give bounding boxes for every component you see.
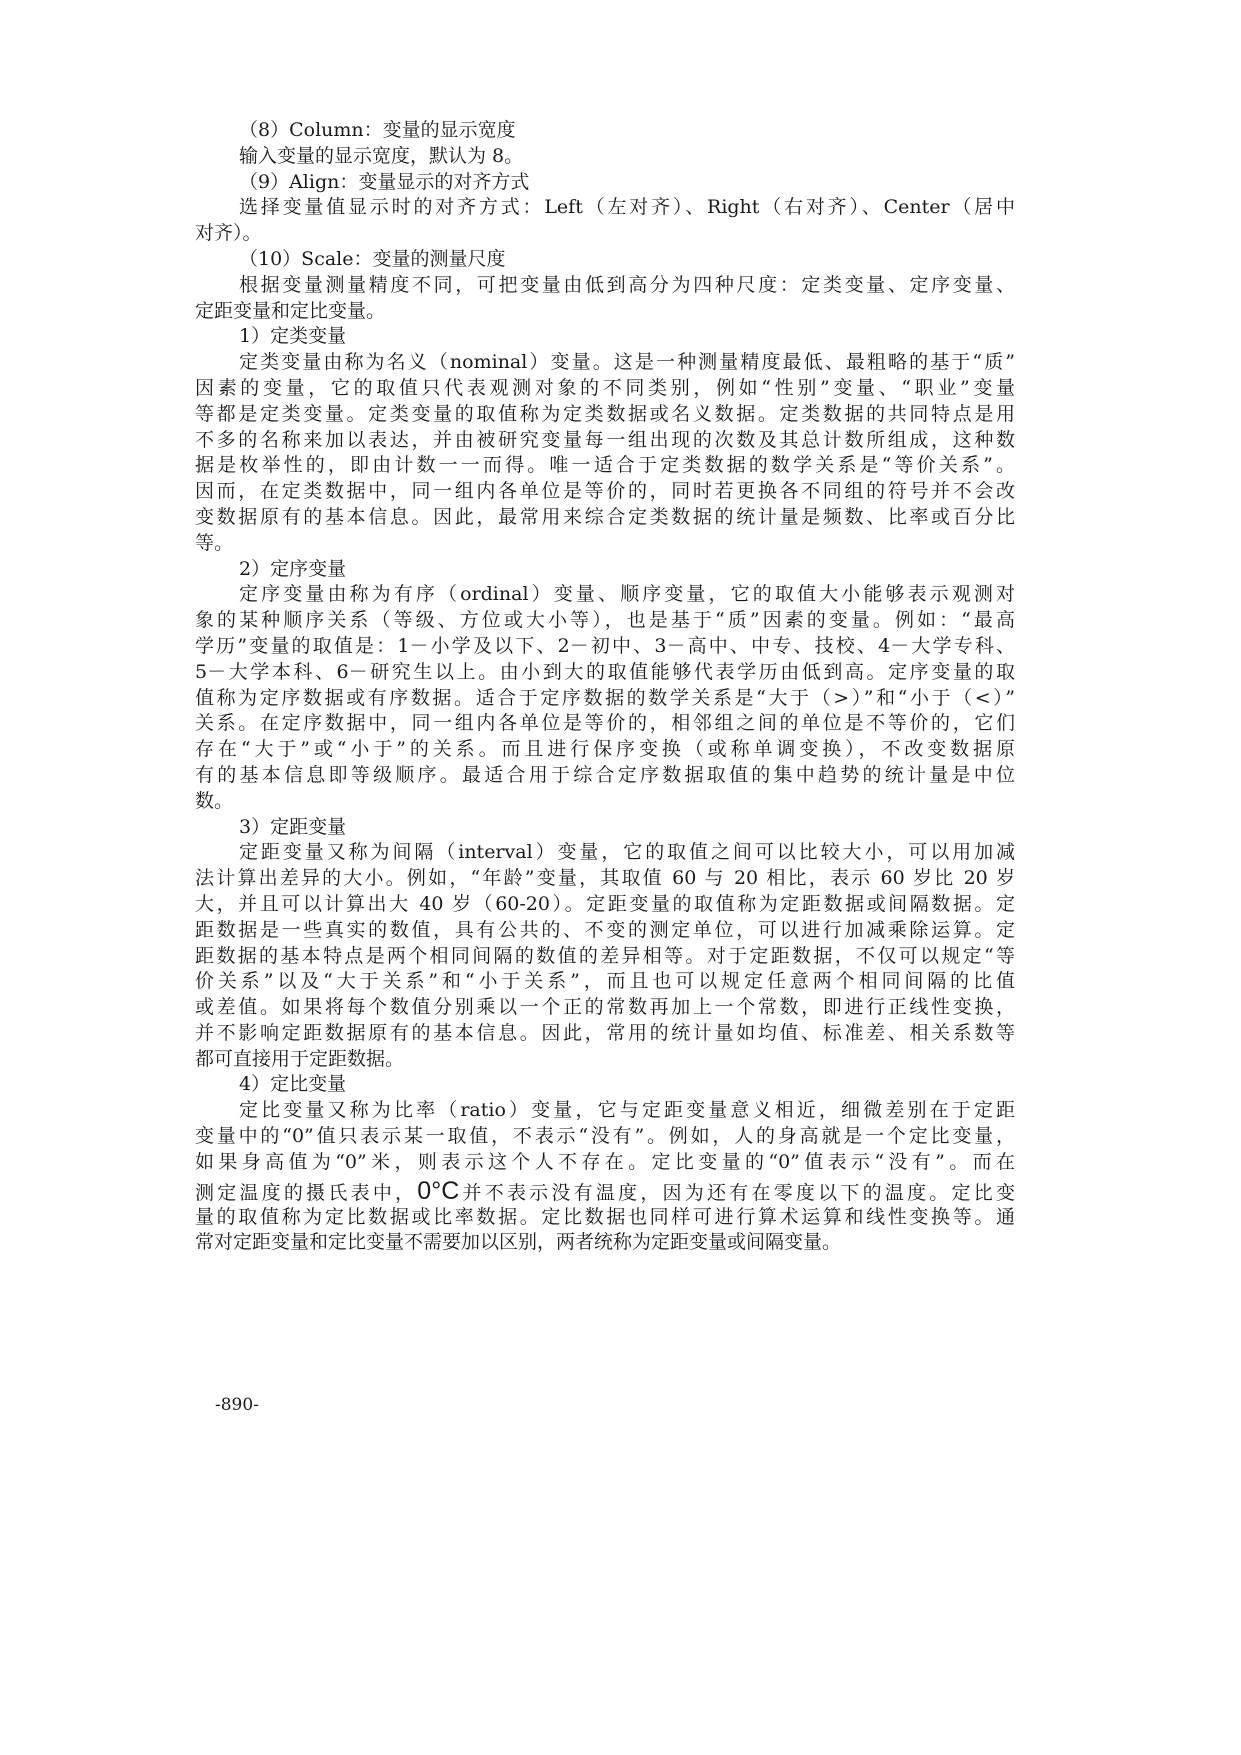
- paragraph-line: 定距变量又称为间隔（interval）变量，它的取值之间可以比较大小，可以用加减: [195, 840, 1015, 866]
- paragraph-line: 存在“大于”或“小于”的关系。而且进行保序变换（或称单调变换），不改变数据原: [195, 737, 1015, 763]
- paragraph-line: 变量中的“0”值只表示某一取值，不表示“没有”。例如，人的身高就是一个定比变量，: [195, 1124, 1015, 1150]
- paragraph-line: 输入变量的显示宽度，默认为 8。: [195, 144, 1015, 170]
- section-heading-align: （9）Align：变量显示的对齐方式: [195, 170, 1015, 196]
- paragraph-line: 不多的名称来加以表达，并由被研究变量每一组出现的次数及其总计数所组成，这种数: [195, 428, 1015, 454]
- document-body: （8）Column：变量的显示宽度 输入变量的显示宽度，默认为 8。 （9）Al…: [195, 118, 1015, 1256]
- section-heading-scale: （10）Scale：变量的测量尺度: [195, 247, 1015, 273]
- celsius-line-before: 测定温度的摄氏表中，: [195, 1182, 417, 1204]
- paragraph-line: 根据变量测量精度不同，可把变量由低到高分为四种尺度：定类变量、定序变量、: [195, 273, 1015, 299]
- section-heading-column: （8）Column：变量的显示宽度: [195, 118, 1015, 144]
- paragraph-line: 因素的变量，它的取值只代表观测对象的不同类别，例如“性别”变量、“职业”变量: [195, 376, 1015, 402]
- paragraph-line: 如果身高值为“0”米，则表示这个人不存在。定比变量的“0”值表示“没有”。而在: [195, 1150, 1015, 1176]
- celsius-line-after: 并不表示没有温度，因为还有在零度以下的温度。定比变: [459, 1182, 1015, 1204]
- paragraph-line: 常对定距变量和定比变量不需要加以区别，两者统称为定距变量或间隔变量。: [195, 1230, 1015, 1256]
- paragraph-line: 价关系”以及“大于关系”和“小于关系”，而且也可以规定任意两个相同间隔的比值: [195, 969, 1015, 995]
- paragraph-line: 变数据原有的基本信息。因此，最常用来综合定类数据的统计量是频数、比率或百分比: [195, 505, 1015, 531]
- paragraph-line: 定比变量又称为比率（ratio）变量，它与定距变量意义相近，细微差别在于定距: [195, 1098, 1015, 1124]
- paragraph-line: 选择变量值显示时的对齐方式：Left（左对齐）、Right（右对齐）、Cente…: [195, 195, 1015, 221]
- subsection-heading-nominal: 1）定类变量: [195, 324, 1015, 350]
- paragraph-line: 大，并且可以计算出大 40 岁（60-20）。定距变量的取值称为定距数据或间隔数…: [195, 892, 1015, 918]
- subsection-heading-ordinal: 2）定序变量: [195, 557, 1015, 583]
- paragraph-line: 距数据是一些真实的数值，具有公共的、不变的测定单位，可以进行加减乘除运算。定: [195, 918, 1015, 944]
- paragraph-line: 等都是定类变量。定类变量的取值称为定类数据或名义数据。定类数据的共同特点是用: [195, 402, 1015, 428]
- paragraph-line: 距数据的基本特点是两个相同间隔的数值的差异相等。对于定距数据，不仅可以规定“等: [195, 944, 1015, 970]
- subsection-heading-interval: 3）定距变量: [195, 815, 1015, 841]
- paragraph-line: 关系。在定序数据中，同一组内各单位是等价的，相邻组之间的单位是不等价的，它们: [195, 711, 1015, 737]
- paragraph-line: 数。: [195, 789, 1015, 815]
- paragraph-line: 量的取值称为定比数据或比率数据。定比数据也同样可进行算术运算和线性变换等。通: [195, 1205, 1015, 1231]
- paragraph-line: 对齐）。: [195, 221, 1015, 247]
- paragraph-line: 法计算出差异的大小。例如，“年龄”变量，其取值 60 与 20 相比，表示 60…: [195, 866, 1015, 892]
- paragraph-line-celsius: 测定温度的摄氏表中，0°C并不表示没有温度，因为还有在零度以下的温度。定比变: [195, 1176, 1015, 1205]
- paragraph-line: 定序变量由称为有序（ordinal）变量、顺序变量，它的取值大小能够表示观测对: [195, 582, 1015, 608]
- paragraph-line: 5－大学本科、6－研究生以上。由小到大的取值能够代表学历由低到高。定序变量的取: [195, 660, 1015, 686]
- paragraph-line: 象的某种顺序关系（等级、方位或大小等），也是基于“质”因素的变量。例如：“最高: [195, 608, 1015, 634]
- paragraph-line: 有的基本信息即等级顺序。最适合用于综合定序数据取值的集中趋势的统计量是中位: [195, 763, 1015, 789]
- paragraph-line: 定类变量由称为名义（nominal）变量。这是一种测量精度最低、最粗略的基于“质…: [195, 350, 1015, 376]
- page-number: -890-: [215, 1395, 259, 1415]
- paragraph-line: 都可直接用于定距数据。: [195, 1047, 1015, 1073]
- subsection-heading-ratio: 4）定比变量: [195, 1072, 1015, 1098]
- paragraph-line: 因而，在定类数据中，同一组内各单位是等价的，同时若更换各不同组的符号并不会改: [195, 479, 1015, 505]
- paragraph-line: 学历”变量的取值是：1－小学及以下、2－初中、3－高中、中专、技校、4－大学专科…: [195, 634, 1015, 660]
- paragraph-line: 值称为定序数据或有序数据。适合于定序数据的数学关系是“大于（>）”和“小于（<）…: [195, 686, 1015, 712]
- paragraph-line: 据是枚举性的，即由计数一一而得。唯一适合于定类数据的数学关系是“等价关系”。: [195, 453, 1015, 479]
- paragraph-line: 定距变量和定比变量。: [195, 299, 1015, 325]
- document-page: （8）Column：变量的显示宽度 输入变量的显示宽度，默认为 8。 （9）Al…: [0, 0, 1241, 1755]
- paragraph-line: 并不影响定距数据原有的基本信息。因此，常用的统计量如均值、标准差、相关系数等: [195, 1021, 1015, 1047]
- celsius-symbol: 0°C: [417, 1177, 459, 1205]
- paragraph-line: 等。: [195, 531, 1015, 557]
- paragraph-line: 或差值。如果将每个数值分别乘以一个正的常数再加上一个常数，即进行正线性变换，: [195, 995, 1015, 1021]
